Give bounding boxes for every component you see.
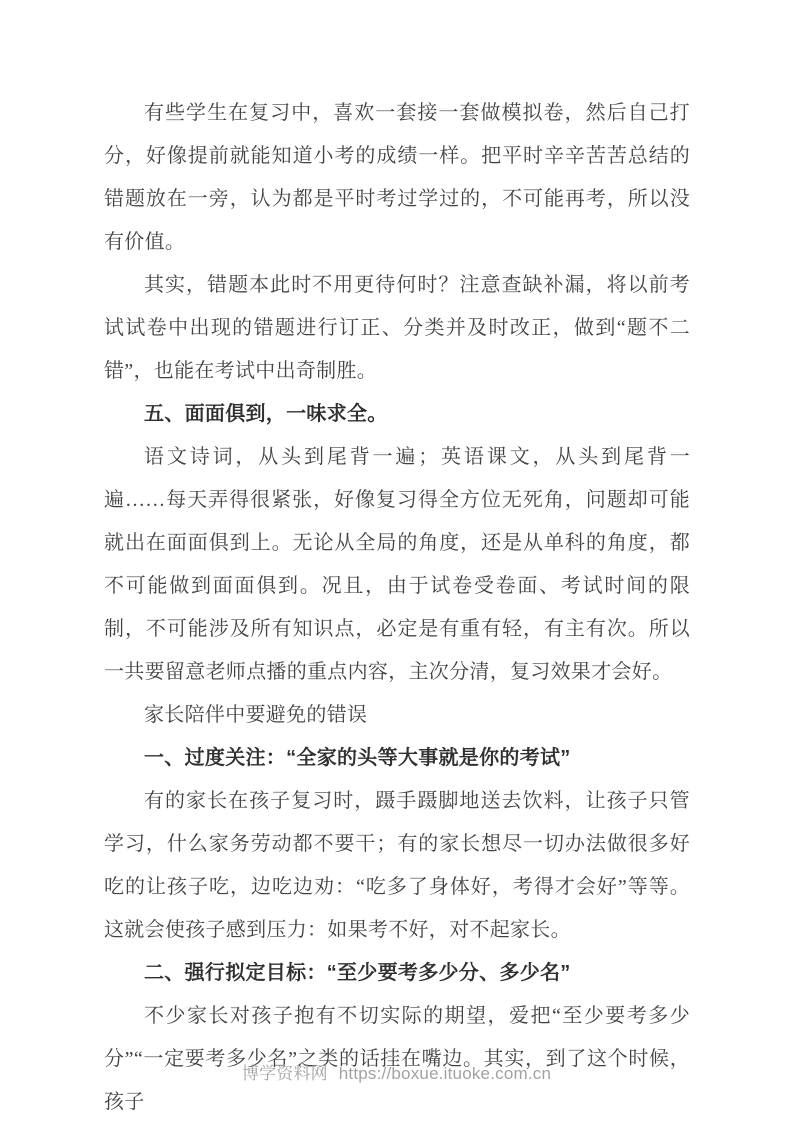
section-heading: 一、过度关注：“全家的头等大事就是你的考试”: [104, 737, 690, 780]
paragraph: 语文诗词，从头到尾背一遍；英语课文，从头到尾背一遍……每天弄得很紧张，好像复习得…: [104, 436, 690, 694]
footer-site-name: 博学资料网: [242, 1064, 328, 1083]
paragraph: 其实，错题本此时不用更待何时？注意查缺补漏，将以前考试试卷中出现的错题进行订正、…: [104, 264, 690, 393]
paragraph: 有些学生在复习中，喜欢一套接一套做模拟卷，然后自己打分，好像提前就能知道小考的成…: [104, 92, 690, 264]
document-page: 有些学生在复习中，喜欢一套接一套做模拟卷，然后自己打分，好像提前就能知道小考的成…: [0, 0, 793, 1122]
document-body: 有些学生在复习中，喜欢一套接一套做模拟卷，然后自己打分，好像提前就能知道小考的成…: [104, 92, 690, 1122]
footer-url: https://boxue.ituoke.com.cn: [339, 1064, 551, 1083]
section-heading: 五、面面俱到，一味求全。: [104, 393, 690, 436]
page-footer: 博学资料网 https://boxue.ituoke.com.cn: [0, 1062, 793, 1086]
section-heading: 二、强行拟定目标：“至少要考多少分、多少名”: [104, 952, 690, 995]
paragraph: 不少家长对孩子抱有不切实际的期望，爱把“至少要考多少分”“一定要考多少名”之类的…: [104, 995, 690, 1122]
paragraph: 家长陪伴中要避免的错误: [104, 694, 690, 737]
paragraph: 有的家长在孩子复习时，蹑手蹑脚地送去饮料，让孩子只管学习，什么家务劳动都不要干；…: [104, 780, 690, 952]
